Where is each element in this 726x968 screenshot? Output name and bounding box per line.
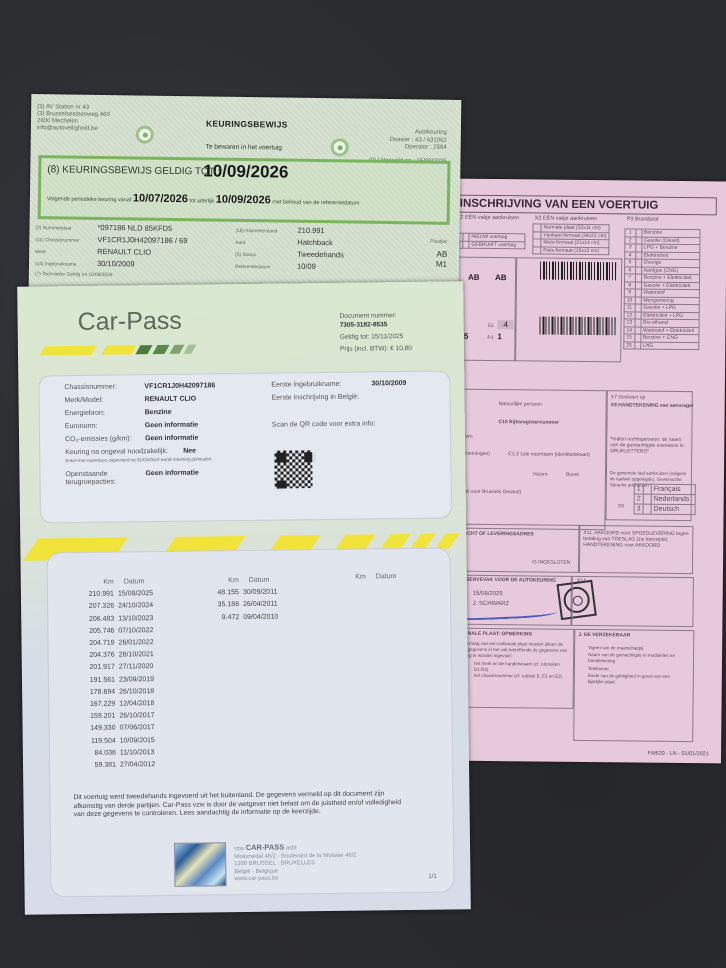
next-inspection-line: Volgende periodieke keuring vanaf 10/07/… <box>47 191 360 207</box>
checkbox[interactable] <box>533 224 541 232</box>
inspection-certificate-document: (3) AV Station nr 43 (3) Brusselsesteenw… <box>29 94 462 295</box>
make-model: RENAULT CLIO <box>145 396 197 404</box>
vehicle-field: Referentiedatum10/09 <box>235 261 344 275</box>
price: Prijs (incl. BTW): € 10,80 <box>340 343 412 356</box>
x2-options: 1NIEUW voertuig 2GEBRUIKT voertuig <box>454 233 525 250</box>
mileage-row: 9.47209/04/2010 <box>203 611 278 624</box>
mileage-row: 84.03811/10/2013 <box>80 747 155 760</box>
vehicle-fields-left: (2) Nummerplaat*097186 NLD 85KFD5(11) Ch… <box>35 222 188 272</box>
language-options: 1Français 2Nederlands 3Deutsch <box>634 484 696 516</box>
document-number: 7305-3182-8535 <box>340 319 412 332</box>
mileage-header: KmDatum <box>203 575 278 588</box>
mileage-column-2: KmDatum48.15530/09/201135.18826/04/20119… <box>203 575 279 625</box>
mileage-row: 210.99115/09/2025 <box>78 588 153 601</box>
first-use-date: 30/10/2009 <box>371 380 406 387</box>
page-number: 1/1 <box>428 874 436 880</box>
co2-emissions: Geen informatie <box>145 435 198 443</box>
checkbox[interactable] <box>643 494 651 504</box>
vehicle-field: (14) Ingebruikname30/10/2009 <box>35 258 187 272</box>
recalls: Geen informatie <box>145 470 198 478</box>
registration-form-title: INSCHRIJVING VAN EEN VOERTUIG <box>455 195 717 216</box>
checkbox[interactable] <box>643 484 651 494</box>
mileage-row: 178.69426/10/2018 <box>79 686 154 699</box>
eye-logo-icon <box>331 138 349 156</box>
certificate-subtitle: Te bewaren in het voertuig <box>206 143 282 151</box>
accident-inspection: Nee <box>183 448 196 455</box>
station-address: (3) AV Station nr 43 (3) Brusselsesteenw… <box>37 104 110 133</box>
x3-header: X3 EÉN vakje aankruisen <box>535 215 597 222</box>
p3-header: P3 Brandstof <box>627 216 659 222</box>
mileage-row: 207.32624/10/2024 <box>78 601 153 614</box>
checkbox[interactable] <box>533 239 541 247</box>
x2-header: X2 EÉN vakje aankruisen <box>457 215 519 222</box>
mileage-header: KmDatum <box>78 576 153 589</box>
car-pass-document: Car-Pass Document nummer: 7305-3182-8535… <box>17 281 471 914</box>
chassis-number: VF1CR1J0H42097186 <box>144 382 215 390</box>
x3-options: Normale plaat (52x11 cm) Vierkant formaa… <box>532 223 609 255</box>
j1-value: AB <box>468 273 480 282</box>
hologram <box>174 842 227 887</box>
mileage-row: 204.37628/10/2021 <box>79 649 154 662</box>
registration-form-document: INSCHRIJVING VAN EEN VOERTUIG X2 EÉN vak… <box>445 179 726 764</box>
checkbox[interactable] <box>643 504 651 514</box>
vehicle-details-card: Chassisnummer:VF1CR1J0H42097186 Merk/Mod… <box>38 370 452 523</box>
fuel-options: 1Benzine2Gasolie (Diesel)3LPG + Benzine4… <box>623 228 700 350</box>
mileage-column-1: KmDatum210.99115/09/2025207.32624/10/202… <box>78 576 155 772</box>
mileage-row: 205.74607/10/2022 <box>78 625 153 638</box>
validity-label: (8) KEURINGSBEWIJS GELDIG TOT : <box>47 164 220 177</box>
document-info: Document nummer: 7305-3182-8535 Geldig t… <box>339 310 411 356</box>
mileage-row: 201.91727/11/2020 <box>79 662 154 675</box>
checkbox[interactable] <box>533 231 541 239</box>
website-link: www.car-pass.be <box>234 875 356 884</box>
validity-box: (8) KEURINGSBEWIJS GELDIG TOT : 10/09/20… <box>38 155 451 225</box>
mileage-column-3: KmDatum <box>330 571 397 584</box>
certificate-title: KEURINGSBEWIJS <box>206 118 288 129</box>
mileage-row: 119.50410/09/2015 <box>80 735 155 748</box>
vehicle-category: AB M1 <box>436 250 447 270</box>
qr-code[interactable] <box>272 448 315 491</box>
mileage-row: 206.48313/10/2023 <box>78 613 153 626</box>
validity-date: 10/09/2026 <box>203 161 288 182</box>
s1-value: 4 <box>497 320 514 329</box>
barcode <box>540 262 616 281</box>
organization-address: vzw CAR-PASS asbl Wolumedal 46/2 · Boule… <box>234 843 357 884</box>
mileage-row: 159.20126/10/2017 <box>79 710 154 723</box>
mileage-row: 149.33007/06/2017 <box>80 723 155 736</box>
car-pass-logo: Car-Pass <box>77 307 182 337</box>
eye-logo-icon <box>136 125 154 143</box>
p1-value: 1 <box>497 332 502 341</box>
mileage-row: 35.18826/04/2011 <box>203 599 278 612</box>
form-code: FM620 - LN - 01/01/2021 <box>648 751 710 758</box>
mileage-header: KmDatum <box>330 571 397 584</box>
euronorm: Geen informatie <box>145 422 198 430</box>
mileage-row: 191.56123/09/2019 <box>79 674 154 687</box>
j2-value: AB <box>495 273 507 282</box>
mileage-row: 167.22912/04/2018 <box>79 698 154 711</box>
checkbox[interactable] <box>533 246 541 254</box>
mileage-row: 59.38127/04/2012 <box>80 759 155 772</box>
fuel: Benzine <box>145 409 172 416</box>
mileage-row: 48.15530/09/2011 <box>203 587 278 600</box>
mileage-row: 204.71926/01/2022 <box>78 637 153 650</box>
valid-until: Geldig tot: 15/11/2025 <box>340 331 412 344</box>
disclaimer-text: Dit voertuig werd tweedehands ingevoerd … <box>73 790 413 820</box>
vehicle-fields-right: (16) Kilometerstand210.991AardHatchback(… <box>235 225 344 275</box>
barcode <box>539 317 615 336</box>
